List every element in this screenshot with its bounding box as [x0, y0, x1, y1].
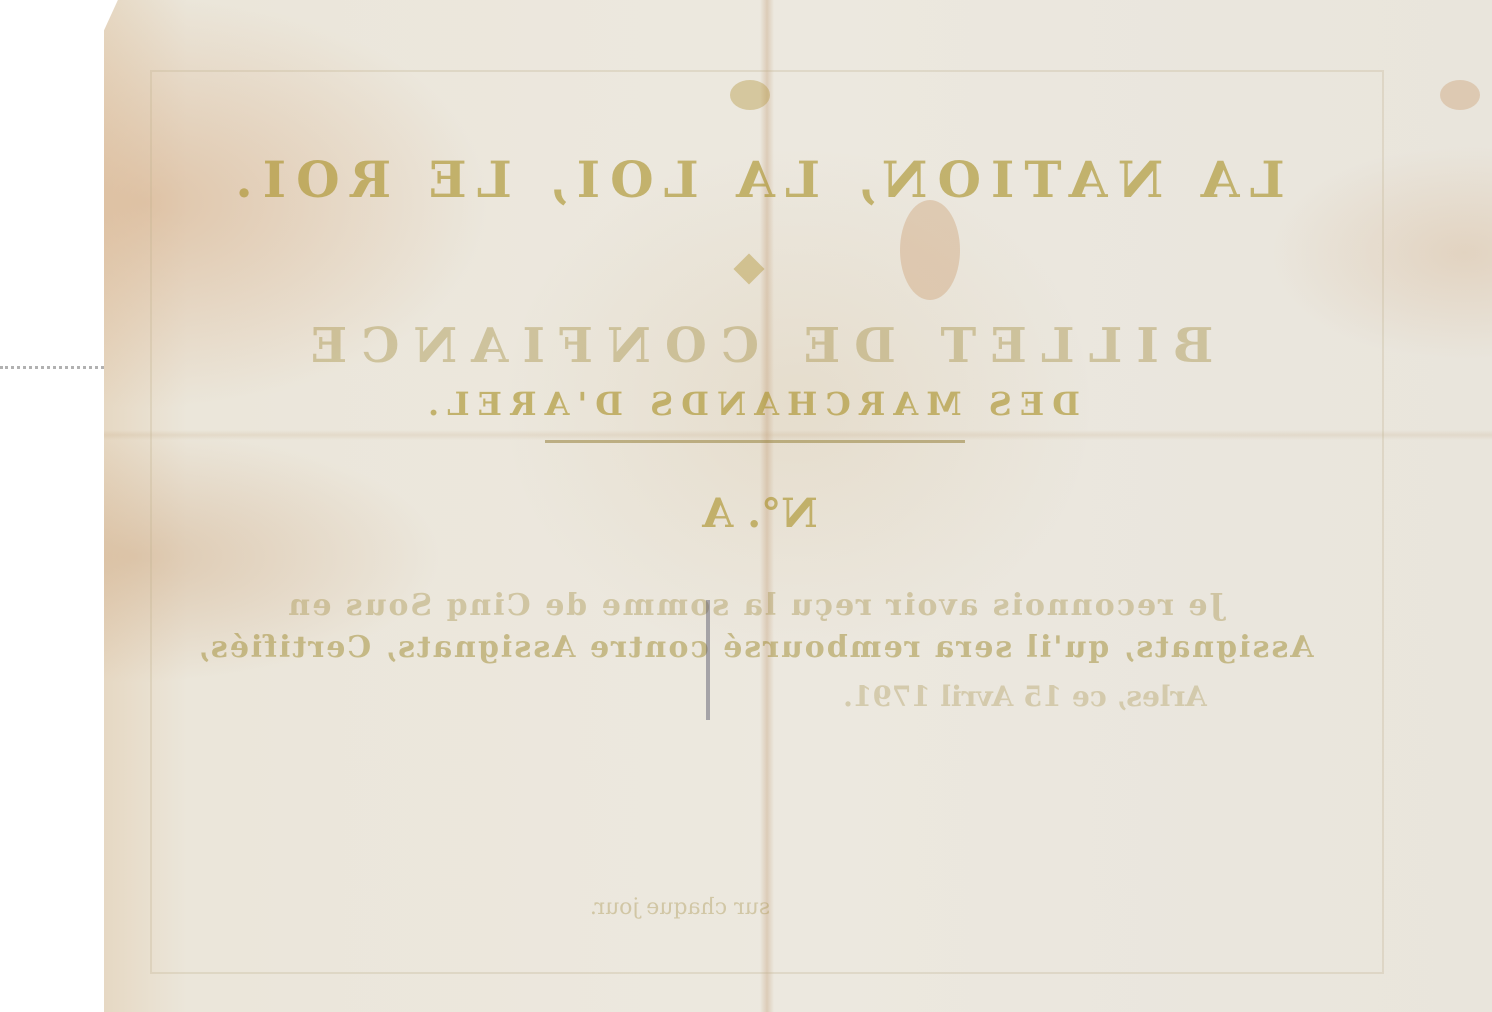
footer-text: sur chaque jour. [380, 895, 980, 920]
crown-ornament-icon [730, 80, 770, 110]
divider-rule [545, 440, 965, 443]
stain [1440, 80, 1480, 110]
title-line-2: DES MARCHANDS D'AREL. [300, 385, 1200, 423]
ink-mark [706, 600, 710, 720]
body-line-2: Assignats, qu'il sera remboursé contre A… [180, 630, 1330, 665]
header-text: LA NATION, LA LOI, LE ROI. [180, 150, 1330, 209]
serial-number: N°. A [560, 490, 960, 537]
stain [900, 200, 960, 300]
scan-artifact-dots [0, 366, 104, 373]
title-line-1: BILLET DE CONFIANCE [180, 318, 1330, 374]
body-line-1: Je reconnois avoir reçu la somme de Cinq… [180, 588, 1330, 623]
body-line-3: Arles, ce 15 Avril 1791. [700, 680, 1350, 713]
